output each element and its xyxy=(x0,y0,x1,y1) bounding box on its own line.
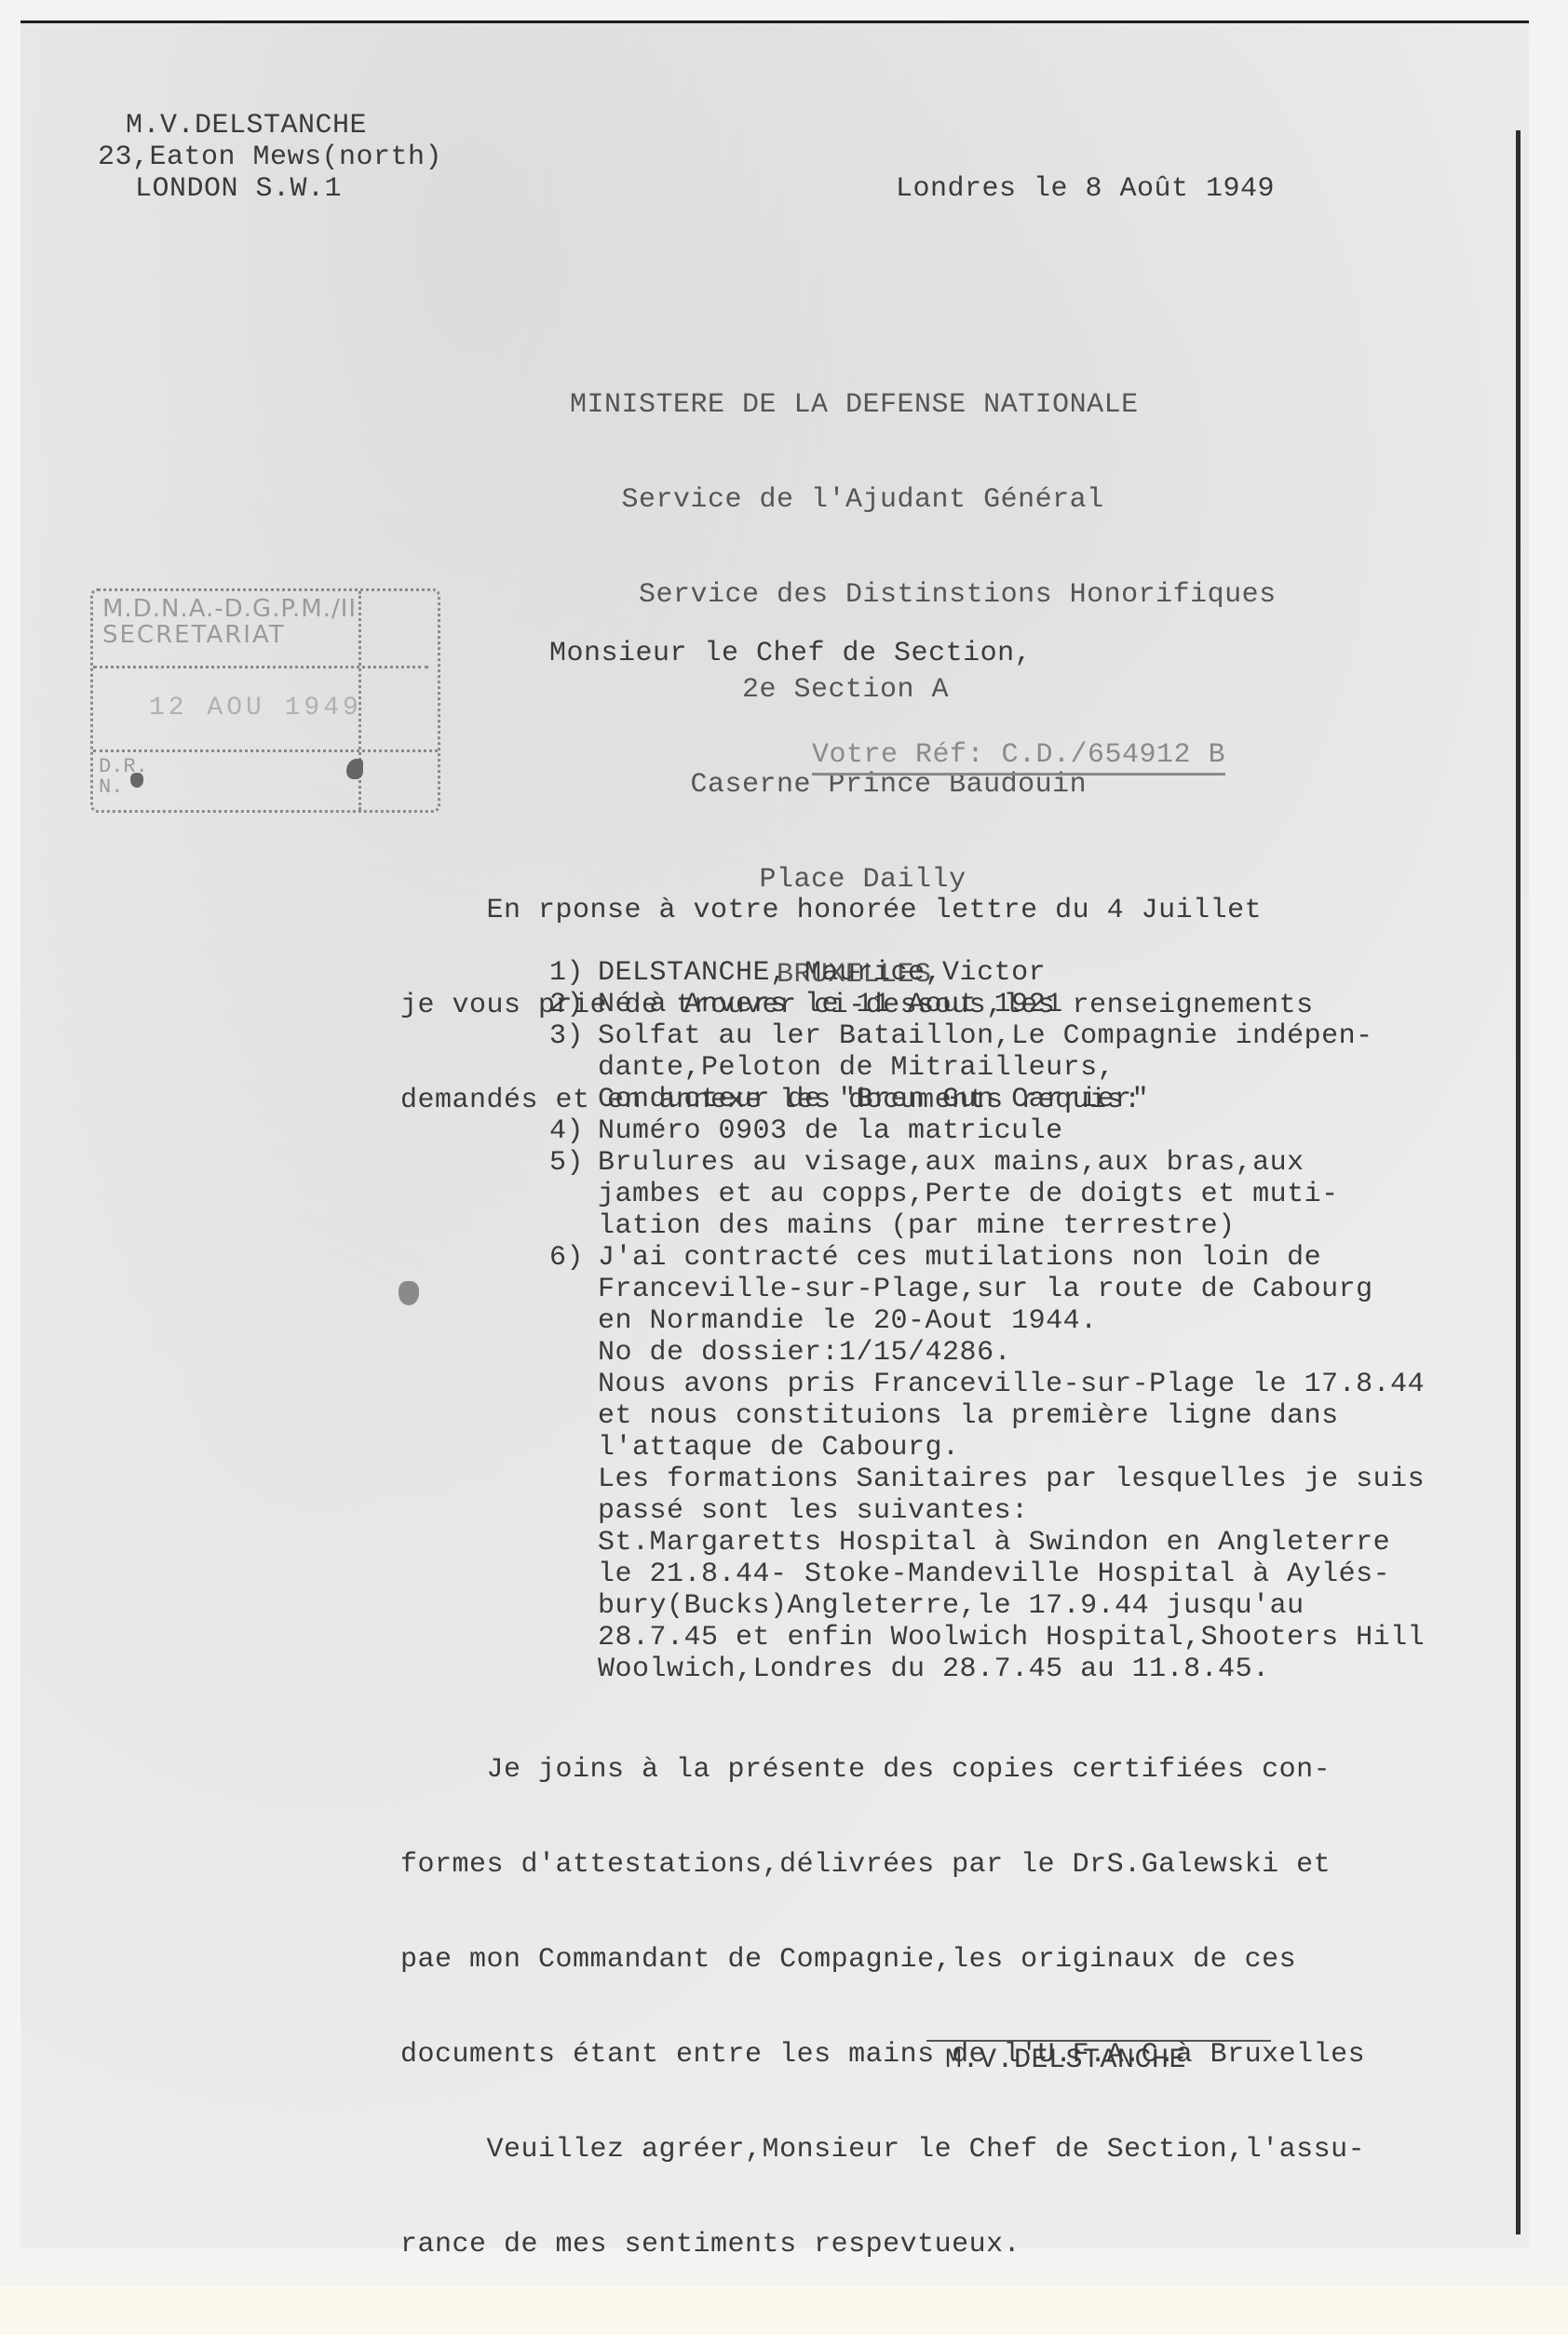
sender-block: M.V.DELSTANCHE23,Eaton Mews(north)LONDON… xyxy=(98,110,442,205)
list-item: lation des mains (par mine terrestre) xyxy=(549,1210,1425,1242)
list-item-number xyxy=(549,1084,598,1115)
list-item: Les formations Sanitaires par lesquelles… xyxy=(549,1464,1425,1495)
page-edge xyxy=(1516,130,1521,2234)
list-item-text: J'ai contracté ces mutilations non loin … xyxy=(598,1242,1321,1274)
list-item-number: 3) xyxy=(549,1020,598,1052)
list-item-number xyxy=(549,1432,598,1464)
list-item-number xyxy=(549,1495,598,1527)
list-item-text: Nous avons pris Franceville-sur-Plage le… xyxy=(598,1369,1425,1400)
list-item: 5)Brulures au visage,aux mains,aux bras,… xyxy=(549,1147,1425,1179)
list-item: passé sont les suivantes: xyxy=(549,1495,1425,1527)
list-item-number: 2) xyxy=(549,989,598,1020)
list-item-number: 5) xyxy=(549,1147,598,1179)
list-item-text: Né à Anvers le 11 Aout 1921 xyxy=(598,989,1063,1020)
list-item-text: en Normandie le 20-Aout 1944. xyxy=(598,1305,1098,1337)
numbered-list: 1)DELSTANCHE, Maurice,Victor2)Né à Anver… xyxy=(549,957,1425,1685)
recipient-line: 2e Section A xyxy=(570,674,1277,706)
list-item-number xyxy=(549,1400,598,1432)
closing-paragraph: Je joins à la présente des copies certif… xyxy=(400,1691,1365,2292)
sender-address-line2: LONDON S.W.1 xyxy=(98,173,442,205)
list-item-text: l'attaque de Cabourg. xyxy=(598,1432,960,1464)
list-item-text: le 21.8.44- Stoke-Mandeville Hospital à … xyxy=(598,1559,1390,1590)
stamp-divider xyxy=(93,749,438,752)
ink-blot xyxy=(130,773,143,788)
signature-line xyxy=(926,2040,1271,2042)
list-item-number: 6) xyxy=(549,1242,598,1274)
list-item: Conducteur de "Bren Gun Carrier" xyxy=(549,1084,1425,1115)
list-item-text: No de dossier:1/15/4286. xyxy=(598,1337,1011,1369)
list-item: 2)Né à Anvers le 11 Aout 1921 xyxy=(549,989,1425,1020)
stamp-line2: SECRETARIAT xyxy=(102,623,286,647)
list-item-text: St.Margaretts Hospital à Swindon en Angl… xyxy=(598,1527,1390,1559)
list-item-number: 1) xyxy=(549,957,598,989)
list-item-number xyxy=(549,1622,598,1653)
list-item: Franceville-sur-Plage,sur la route de Ca… xyxy=(549,1274,1425,1305)
stamp-divider xyxy=(93,666,428,668)
list-item: 6)J'ai contracté ces mutilations non loi… xyxy=(549,1242,1425,1274)
list-item: 4)Numéro 0903 de la matricule xyxy=(549,1115,1425,1147)
list-item: bury(Bucks)Angleterre,le 17.9.44 jusqu'a… xyxy=(549,1590,1425,1622)
list-item: No de dossier:1/15/4286. xyxy=(549,1337,1425,1369)
list-item-text: dante,Peloton de Mitrailleurs, xyxy=(598,1052,1115,1084)
list-item: Nous avons pris Franceville-sur-Plage le… xyxy=(549,1369,1425,1400)
list-item-number xyxy=(549,1274,598,1305)
list-item-number xyxy=(549,1179,598,1210)
list-item-number xyxy=(549,1052,598,1084)
letter-date: Londres le 8 Août 1949 xyxy=(896,173,1275,205)
stamp-date: 12 AOU 1949 xyxy=(149,694,362,722)
list-item-text: lation des mains (par mine terrestre) xyxy=(598,1210,1236,1242)
list-item-number: 4) xyxy=(549,1115,598,1147)
sender-address-line1: 23,Eaton Mews(north) xyxy=(98,142,442,173)
list-item: St.Margaretts Hospital à Swindon en Angl… xyxy=(549,1527,1425,1559)
list-item: en Normandie le 20-Aout 1944. xyxy=(549,1305,1425,1337)
list-item-number xyxy=(549,1527,598,1559)
list-item: dante,Peloton de Mitrailleurs, xyxy=(549,1052,1425,1084)
list-item: et nous constituions la première ligne d… xyxy=(549,1400,1425,1432)
reference: Votre Réf: C.D./654912 B xyxy=(812,739,1225,776)
list-item-text: Brulures au visage,aux mains,aux bras,au… xyxy=(598,1147,1304,1179)
recipient-line: MINISTERE DE LA DEFENSE NATIONALE xyxy=(570,389,1277,421)
ink-blot xyxy=(399,1281,419,1305)
list-item-number xyxy=(549,1464,598,1495)
list-item-text: passé sont les suivantes: xyxy=(598,1495,1029,1527)
list-item-text: jambes et au copps,Perte de doigts et mu… xyxy=(598,1179,1339,1210)
recipient-line: Service des Distinstions Honorifiques xyxy=(570,579,1277,611)
list-item-number xyxy=(549,1653,598,1685)
list-item-text: Numéro 0903 de la matricule xyxy=(598,1115,1063,1147)
list-item: 28.7.45 et enfin Woolwich Hospital,Shoot… xyxy=(549,1622,1425,1653)
salutation: Monsieur le Chef de Section, xyxy=(549,638,1032,669)
list-item-number xyxy=(549,1559,598,1590)
sender-name: M.V.DELSTANCHE xyxy=(98,110,442,142)
list-item-number xyxy=(549,1369,598,1400)
list-item: le 21.8.44- Stoke-Mandeville Hospital à … xyxy=(549,1559,1425,1590)
list-item-number xyxy=(549,1210,598,1242)
list-item-number xyxy=(549,1305,598,1337)
list-item-text: Solfat au ler Bataillon,Le Compagnie ind… xyxy=(598,1020,1373,1052)
list-item-text: Conducteur de "Bren Gun Carrier" xyxy=(598,1084,1149,1115)
signature-name: M.V.DELSTANCHE xyxy=(945,2045,1186,2076)
list-item-number xyxy=(549,1590,598,1622)
list-item: 3)Solfat au ler Bataillon,Le Compagnie i… xyxy=(549,1020,1425,1052)
list-item: Woolwich,Londres du 28.7.45 au 11.8.45. xyxy=(549,1653,1425,1685)
list-item-number xyxy=(549,1337,598,1369)
list-item-text: Les formations Sanitaires par lesquelles… xyxy=(598,1464,1425,1495)
list-item: jambes et au copps,Perte de doigts et mu… xyxy=(549,1179,1425,1210)
list-item-text: Woolwich,Londres du 28.7.45 au 11.8.45. xyxy=(598,1653,1270,1685)
ink-blot xyxy=(346,759,363,779)
list-item-text: DELSTANCHE, Maurice,Victor xyxy=(598,957,1046,989)
list-item: 1)DELSTANCHE, Maurice,Victor xyxy=(549,957,1425,989)
list-item-text: bury(Bucks)Angleterre,le 17.9.44 jusqu'a… xyxy=(598,1590,1304,1622)
list-item-text: 28.7.45 et enfin Woolwich Hospital,Shoot… xyxy=(598,1622,1425,1653)
list-item-text: et nous constituions la première ligne d… xyxy=(598,1400,1339,1432)
list-item: l'attaque de Cabourg. xyxy=(549,1432,1425,1464)
list-item-text: Franceville-sur-Plage,sur la route de Ca… xyxy=(598,1274,1373,1305)
recipient-line: Service de l'Ajudant Général xyxy=(570,484,1277,516)
stamp-line1: M.D.N.A.-D.G.P.M./II xyxy=(102,597,357,621)
